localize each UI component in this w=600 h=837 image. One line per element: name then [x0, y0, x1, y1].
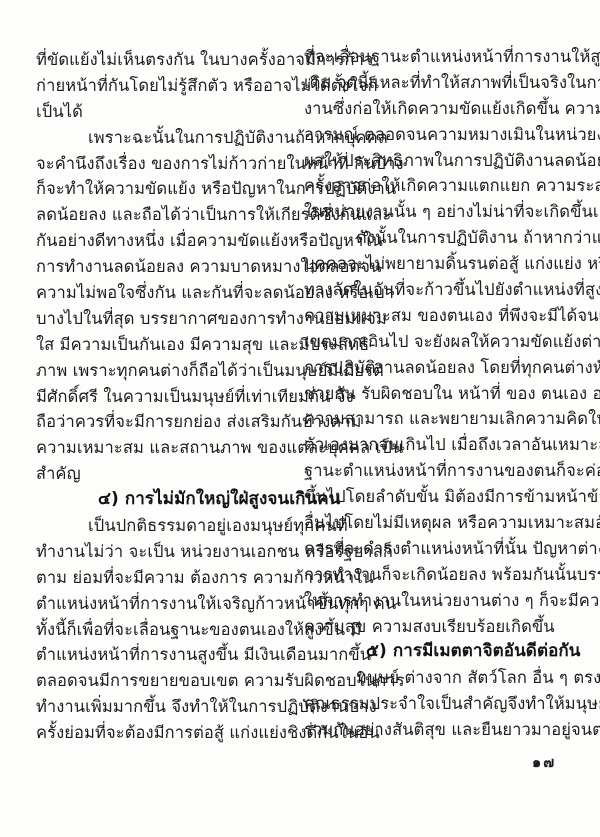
text-line: ความเหมาะสม และสถานภาพ ของแต่ละบุคคล เป็…	[36, 435, 297, 461]
text-line: ก็จะทำให้ความขัดแย้ง หรือปัญหาในการปฏิบั…	[36, 176, 297, 202]
text-line: เดิม จุดนี้แหละที่ทำให้สภาพที่เป็นจริงใน…	[304, 70, 571, 96]
text-line: การทำงานก็จะเกิดน้อยลง พร้อมกันนั้นบรรยา…	[304, 562, 571, 588]
text-line: ทำงานไม่ว่า จะเป็น หน่วยงานเอกชน หรือรัฐ…	[36, 539, 297, 565]
text-line: ภาพ เพราะทุกคนต่างก็ถือได้ว่าเป็นมนุษย์ม…	[36, 358, 297, 384]
text-line: จะคำนึงถึงเรื่อง ของการไม่ก้าวก่ายในหน้า…	[36, 151, 297, 177]
scanned-book-page: ที่ขัดแย้งไม่เห็นตรงกัน ในบางครั้งอาจมีก…	[0, 0, 600, 837]
text-line: เป็นปกติธรรมดาอยู่เองมนุษย์ทุกคนที่	[36, 513, 297, 539]
text-line: มนุษย์ ต่างจาก สัตว์โลก อื่น ๆ ตรงที่มี	[304, 665, 571, 691]
text-line: ช่วยกัน รับผิดชอบใน หน้าที่ ของ ตนเอง อย…	[304, 381, 571, 407]
text-line: อารมณ์ ตลอดจนความหมางเมินในหน่วยงานยัง	[304, 122, 571, 148]
text-line: คุณธรรมประจำใจเป็นสำคัญจึงทำให้มนุษย์มีก…	[304, 691, 571, 717]
text-line: เขตมากเกินไป จะยังผลให้ความขัดแย้งต่าง ๆ…	[304, 329, 571, 355]
text-line: บุคคลจะไม่พยายามดิ้นรนต่อสู้ แก่งแย่ง หร…	[304, 251, 571, 277]
section-heading: ๔) การไม่มักใหญ่ใฝ่สูงจนเกินคน	[36, 487, 297, 513]
text-line: ครั้งอาจก่อให้เกิดความแตกแยก ความระส่ำระ…	[304, 173, 571, 199]
text-line: ลดน้อยลง และถือได้ว่าเป็นการให้เกียรติซึ…	[36, 202, 297, 228]
text-line: ความไม่พอใจซึ่งกัน และกันที่จะลดน้อยลง ห…	[36, 280, 297, 306]
text-line: มีศักดิ์ศรี ในความเป็นมนุษย์ที่เท่าเทียม…	[36, 384, 297, 410]
text-line: สำคัญ	[36, 461, 297, 487]
text-line: การทำงานลดน้อยลง ความบาดหมางใจตลอดจน	[36, 254, 297, 280]
text-column-right: ที่จะเลื่อนฐานะตำแหน่งหน้าที่การงานให้สู…	[304, 44, 571, 743]
text-line: ตำแหน่งหน้าที่การงานสูงขึ้น มีเงินเดือนม…	[36, 642, 297, 668]
text-line: ความเหมาะสม ของตนเอง ที่พึงจะมีได้จนเกิน…	[304, 303, 571, 329]
text-line: ถือว่าควรที่จะมีการยกย่อง ส่งเสริมกันบ้า…	[36, 409, 297, 435]
text-line: ในหน่วยงานนั้น ๆ อย่างไม่น่าที่จะเกิดขึ้…	[304, 199, 571, 225]
text-line: ที่จะเลื่อนฐานะตำแหน่งหน้าที่การงานให้สู…	[304, 44, 571, 70]
text-line: บางไปในที่สุด บรรยากาศของการทำงานย่อมแจ่…	[36, 306, 297, 332]
text-line: ร่วมกันอย่างสันติสุข และยืนยาวมาอยู่จนตร…	[304, 717, 571, 743]
section-heading: ๕) การมีเมตตาจิตอันดีต่อกัน	[304, 639, 571, 665]
text-line: ทั้งนี้ก็เพื่อที่จะเลื่อนฐานะของตนเองให้…	[36, 617, 297, 643]
text-line: เป็นได้	[36, 99, 297, 125]
text-line: ทำงานเพิ่มมากขึ้น จึงทำให้ในการปฏิบัติงา…	[36, 694, 297, 720]
text-line: ความสุข ความสงบเรียบร้อยเกิดขึ้น	[304, 614, 571, 640]
text-line: ทางลัดในอันที่จะก้าวขึ้นไปยังตำแหน่งที่ส…	[304, 277, 571, 303]
text-line: ขึ้นไปโดยลำดับขั้น มิต้องมีการข้ามหน้าข้…	[304, 484, 571, 510]
text-line: ที่ขัดแย้งไม่เห็นตรงกัน ในบางครั้งอาจมีก…	[36, 47, 297, 73]
text-line: ความสามารถ และพยายามเลิกความคิดในการหลง	[304, 406, 571, 432]
text-line: ใส มีความเป็นกันเอง มีความสุข และมีประสิ…	[36, 332, 297, 358]
text-line: ตัวเองมากจนเกินไป เมื่อถึงเวลาอันเหมาะสม…	[304, 432, 571, 458]
text-line: ผลให้ประสิทธิภาพในการปฏิบัติงานลดน้อยลง …	[304, 148, 571, 174]
text-line: ควรที่จะดำรงตำแหน่งหน้าที่นั้น ปัญหาต่าง…	[304, 536, 571, 562]
text-line: ครั้งย่อมที่จะต้องมีการต่อสู้ แก่งแย่งชิ…	[36, 720, 297, 746]
text-line: เพราะฉะนั้นในการปฏิบัติงานถ้าหากบุคคล	[36, 125, 297, 151]
text-line: งานซึ่งก่อให้เกิดความขัดแย้งเกิดขึ้น ควา…	[304, 96, 571, 122]
text-line: การปฏิบัติงานลดน้อยลง โดยที่ทุกคนต่างหัน…	[304, 355, 571, 381]
text-line: ก่ายหน้าที่กันโดยไม่รู้สึกตัว หรืออาจไม่…	[36, 73, 297, 99]
text-line: อื่นไปโดยไม่มีเหตุผล หรือความเหมาะสมอันส…	[304, 510, 571, 536]
page-number: ๑๗	[532, 751, 576, 774]
text-column-left: ที่ขัดแย้งไม่เห็นตรงกัน ในบางครั้งอาจมีก…	[36, 47, 297, 746]
text-line: ฐานะตำแหน่งหน้าที่การงานของตนก็จะค่อยๆ เ…	[304, 458, 571, 484]
text-line: ตาม ย่อมที่จะมีความ ต้องการ ความก้าวหน้า…	[36, 565, 297, 591]
text-line: ตำแหน่งหน้าที่การงานให้เจริญก้าวหน้าขึ้น…	[36, 591, 297, 617]
text-line: ดังนั้นในการปฏิบัติงาน ถ้าหากว่าแต่ละ	[304, 225, 571, 251]
text-line: กันอย่างดีทางหนึ่ง เมื่อความขัดแย้งหรือป…	[36, 228, 297, 254]
text-line: ตลอดจนมีการขยายขอบเขต ความรับผิดชอบในการ	[36, 668, 297, 694]
text-line: ในการทำงานในหน่วยงานต่าง ๆ ก็จะมีความสดช…	[304, 588, 571, 614]
